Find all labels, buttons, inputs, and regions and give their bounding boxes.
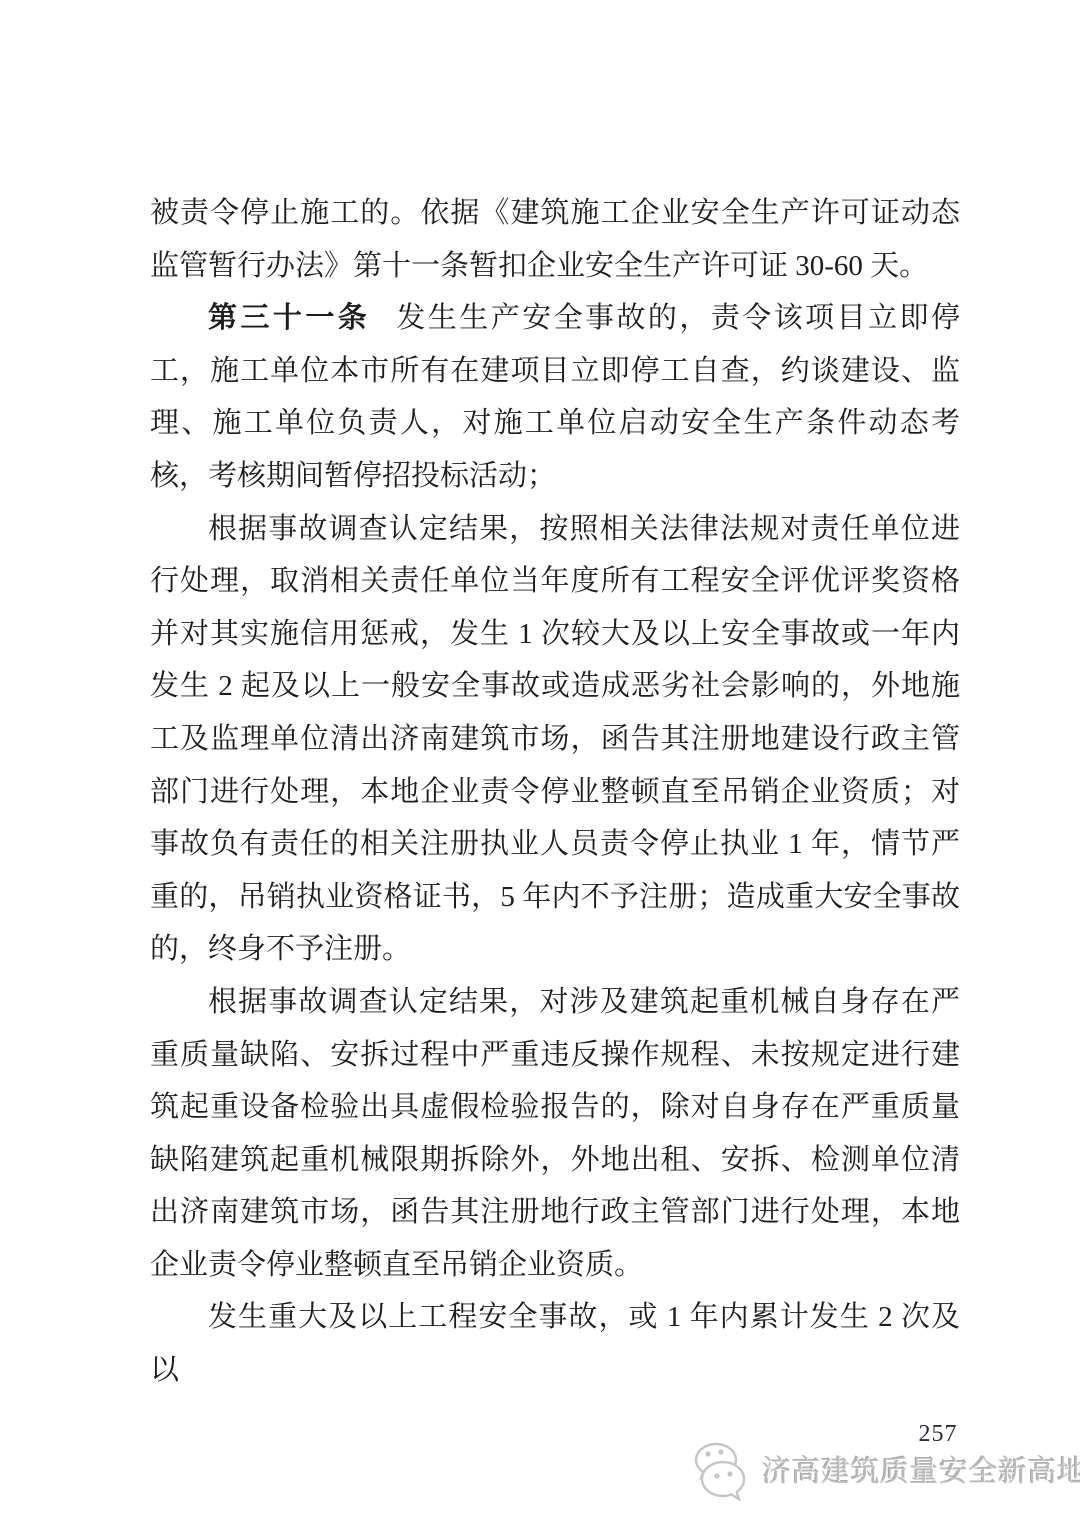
paragraph-major-accidents: 发生重大及以上工程安全事故，或 1 年内累计发生 2 次及以 — [150, 1291, 960, 1396]
article-number-label: 第三十一条 — [208, 302, 370, 334]
wechat-icon — [690, 1438, 762, 1506]
paragraph-crane-machinery: 根据事故调查认定结果，对涉及建筑起重机械自身存在严重质量缺陷、安拆过程中严重违反… — [150, 976, 960, 1292]
watermark-text: 济高建筑质量安全新高地 — [762, 1438, 1080, 1506]
paragraph-article-31: 第三十一条发生生产安全事故的，责令该项目立即停工，施工单位本市所有在建项目立即停… — [150, 292, 960, 502]
watermark: 济高建筑质量安全新高地 — [690, 1438, 1080, 1506]
document-text-column: 被责令停止施工的。依据《建筑施工企业安全生产许可证动态监管暂行办法》第十一条暂扣… — [150, 187, 960, 1397]
paragraph-continuation: 被责令停止施工的。依据《建筑施工企业安全生产许可证动态监管暂行办法》第十一条暂扣… — [150, 187, 960, 292]
paragraph-investigation-units: 根据事故调查认定结果，按照相关法律法规对责任单位进行处理，取消相关责任单位当年度… — [150, 503, 960, 976]
